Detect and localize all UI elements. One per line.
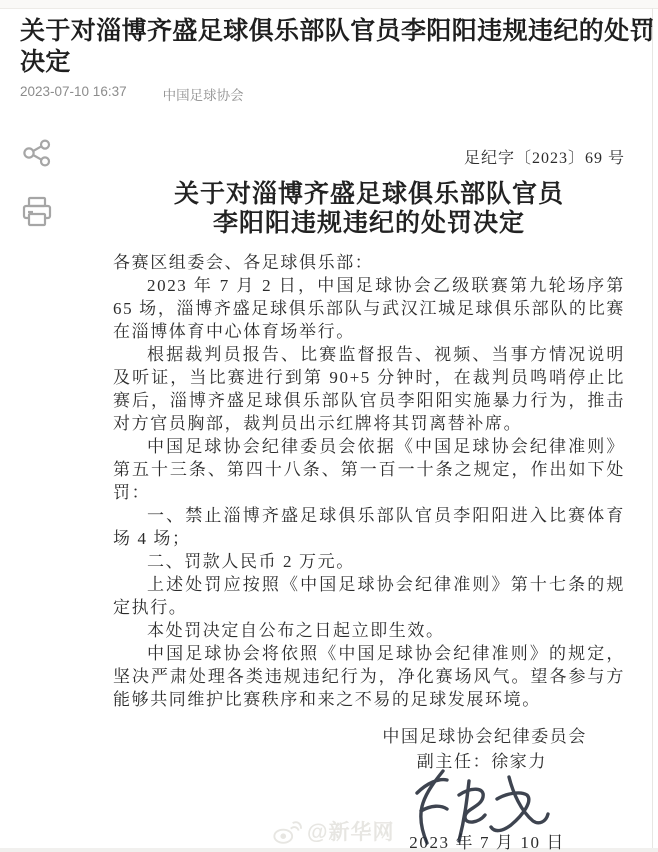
page-top-edge xyxy=(0,0,658,9)
page-title: 关于对淄博齐盛足球俱乐部队官员李阳阳违规违纪的处罚决定 xyxy=(20,16,658,78)
document-title-line2: 李阳阳违规违纪的处罚决定 xyxy=(113,209,625,238)
print-icon xyxy=(22,216,52,231)
document-paragraph: 2023 年 7 月 2 日，中国足球协会乙级联赛第九轮场序第 65 场，淄博齐… xyxy=(113,274,625,343)
print-button[interactable] xyxy=(22,196,52,228)
document-paragraph: 中国足球协会将依照《中国足球协会纪律准则》的规定，坚决严肃处理各类违规违纪行为，… xyxy=(113,642,625,711)
article-header: 关于对淄博齐盛足球俱乐部队官员李阳阳违规违纪的处罚决定 2023-07-10 1… xyxy=(0,16,658,104)
document-title-line1: 关于对淄博齐盛足球俱乐部队官员 xyxy=(113,180,625,209)
article-source: 中国足球协会 xyxy=(163,84,244,104)
document-title: 关于对淄博齐盛足球俱乐部队官员 李阳阳违规违纪的处罚决定 xyxy=(113,180,625,238)
article-meta: 2023-07-10 16:37 中国足球协会 xyxy=(20,84,658,104)
document-salutation: 各赛区组委会、各足球俱乐部： xyxy=(113,251,625,274)
handwritten-signature xyxy=(409,765,559,850)
watermark-label: @新华网 xyxy=(307,816,394,846)
weibo-icon xyxy=(272,818,302,845)
document-paragraphs: 2023 年 7 月 2 日，中国足球协会乙级联赛第九轮场序第 65 场，淄博齐… xyxy=(113,274,625,711)
side-toolbar xyxy=(22,138,54,228)
document-paragraph: 本处罚决定自公布之日起立即生效。 xyxy=(113,619,625,642)
article-page: 关于对淄博齐盛足球俱乐部队官员李阳阳违规违纪的处罚决定 2023-07-10 1… xyxy=(0,0,658,852)
document-number: 足纪字〔2023〕69 号 xyxy=(113,148,625,170)
official-document: 足纪字〔2023〕69 号 关于对淄博齐盛足球俱乐部队官员 李阳阳违规违纪的处罚… xyxy=(113,148,625,852)
document-paragraph: 根据裁判员报告、比赛监督报告、视频、当事方情况说明及听证，当比赛进行到第 90+… xyxy=(113,343,625,435)
publish-datetime: 2023-07-10 16:37 xyxy=(20,84,127,104)
document-paragraph: 中国足球协会纪律委员会依据《中国足球协会纪律准则》第五十三条、第四十八条、第一百… xyxy=(113,435,625,504)
document-paragraph: 一、禁止淄博齐盛足球俱乐部队官员李阳阳进入比赛体育场 4 场； xyxy=(113,504,625,550)
page-right-edge xyxy=(652,8,653,852)
signoff-organization: 中国足球协会纪律委员会 xyxy=(113,725,625,748)
share-button[interactable] xyxy=(22,138,52,170)
document-paragraph: 上述处罚应按照《中国足球协会纪律准则》第十七条的规定执行。 xyxy=(113,573,625,619)
document-paragraph: 二、罚款人民币 2 万元。 xyxy=(113,550,625,573)
watermark: @新华网 xyxy=(272,816,394,846)
share-icon xyxy=(22,155,52,170)
